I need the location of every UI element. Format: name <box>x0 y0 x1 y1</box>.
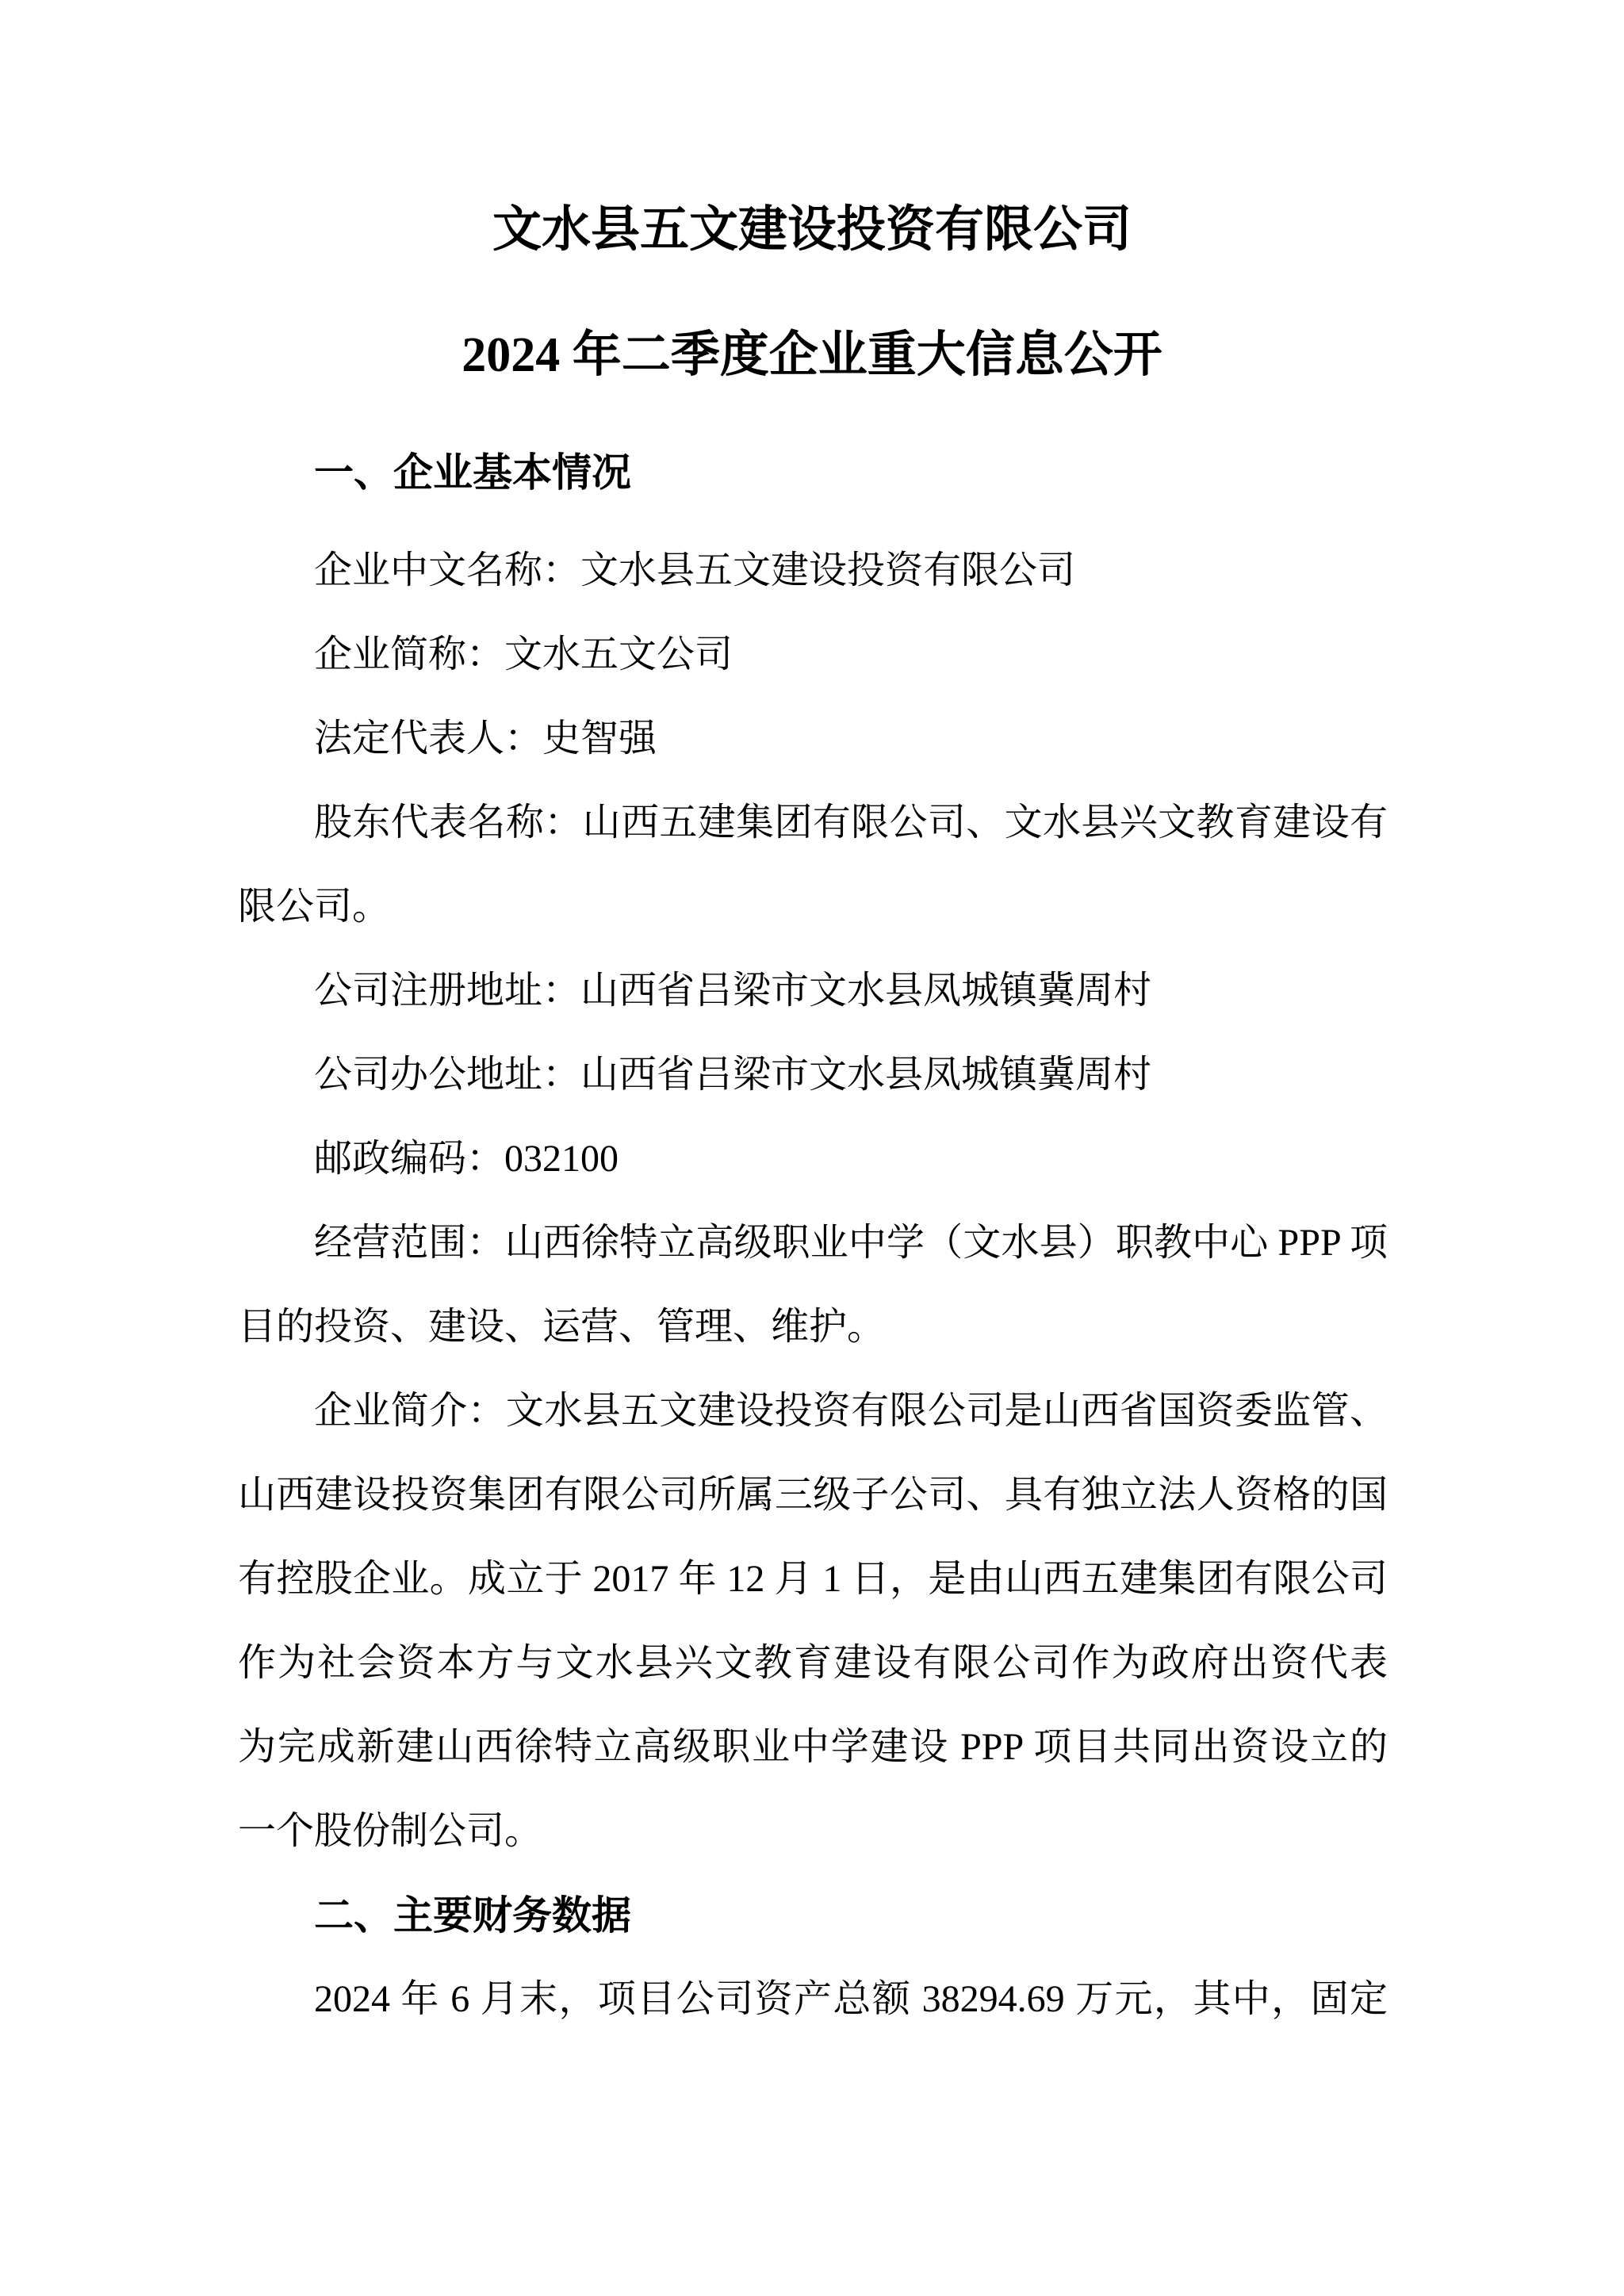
doc-line-business-scope-1: 经营范围：山西徐特立高级职业中学（文水县）职教中心 PPP 项 <box>238 1219 1388 1267</box>
doc-line-company-name: 企业中文名称：文水县五文建设投资有限公司 <box>238 547 1388 595</box>
document-page: 文水县五文建设投资有限公司 2024 年二季度企业重大信息公开 一、企业基本情况… <box>0 0 1624 2296</box>
doc-line-profile-1: 企业简介：文水县五文建设投资有限公司是山西省国资委监管、 <box>238 1387 1388 1435</box>
doc-line-profile-4: 作为社会资本方与文水县兴文教育建设有限公司作为政府出资代表 <box>238 1640 1388 1687</box>
doc-line-office-address: 公司办公地址：山西省吕梁市文水县凤城镇冀周村 <box>238 1051 1388 1099</box>
doc-line-profile-5: 为完成新建山西徐特立高级职业中学建设 PPP 项目共同出资设立的 <box>238 1724 1388 1771</box>
doc-line-postcode: 邮政编码：032100 <box>238 1135 1388 1183</box>
doc-line-legal-rep: 法定代表人：史智强 <box>238 715 1388 763</box>
doc-title-line-2: 2024 年二季度企业重大信息公开 <box>0 327 1624 384</box>
doc-line-profile-2: 山西建设投资集团有限公司所属三级子公司、具有独立法人资格的国 <box>238 1471 1388 1519</box>
doc-line-shareholders-1: 股东代表名称：山西五建集团有限公司、文水县兴文教育建设有 <box>238 799 1388 847</box>
doc-line-company-short: 企业简称：文水五文公司 <box>238 631 1388 679</box>
doc-title-line-1: 文水县五文建设投资有限公司 <box>0 201 1624 258</box>
doc-line-reg-address: 公司注册地址：山西省吕梁市文水县凤城镇冀周村 <box>238 967 1388 1015</box>
doc-line-financial-1: 2024 年 6 月末，项目公司资产总额 38294.69 万元，其中，固定 <box>238 1976 1388 2023</box>
doc-line-profile-3: 有控股企业。成立于 2017 年 12 月 1 日，是由山西五建集团有限公司 <box>238 1556 1388 1603</box>
doc-line-business-scope-2: 目的投资、建设、运营、管理、维护。 <box>238 1303 1388 1351</box>
section-heading-1: 一、企业基本情况 <box>238 449 1388 496</box>
section-heading-2: 二、主要财务数据 <box>238 1892 1388 1939</box>
doc-line-profile-6: 一个股份制公司。 <box>238 1808 1388 1855</box>
doc-line-shareholders-2: 限公司。 <box>238 883 1388 931</box>
